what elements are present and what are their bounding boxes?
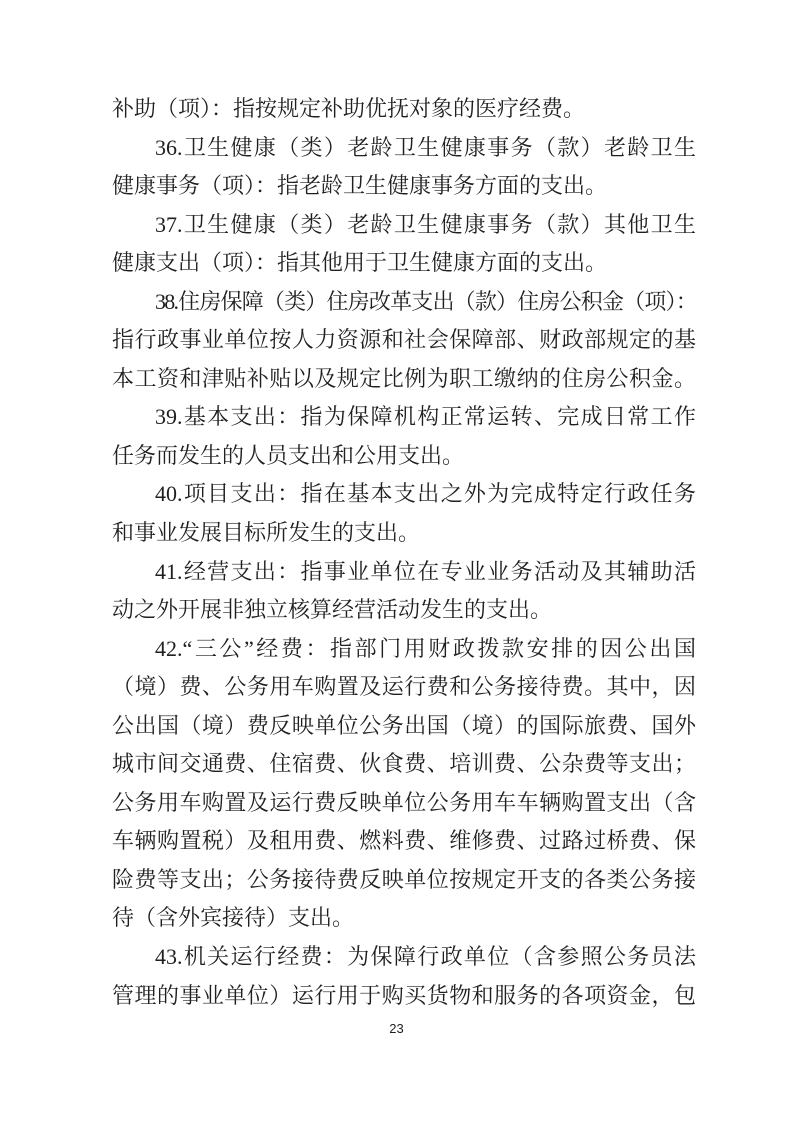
text-line: 健康支出（项）：指其他用于卫生健康方面的支出。 — [112, 244, 696, 283]
text-line: （境）费、公务用车购置及运行费和公务接待费。其中，因 — [112, 668, 696, 707]
text-line: 38.住房保障（类）住房改革支出（款）住房公积金（项）： — [112, 283, 696, 322]
page-number: 23 — [0, 1021, 793, 1036]
document-page: 补助（项）：指按规定补助优抚对象的医疗经费。 36.卫生健康（类）老龄卫生健康事… — [0, 0, 793, 1122]
text-line: 43.机关运行经费：为保障行政单位（含参照公务员法 — [112, 938, 696, 977]
text-line: 公务用车购置及运行费反映单位公务用车车辆购置支出（含 — [112, 784, 696, 823]
text-line: 补助（项）：指按规定补助优抚对象的医疗经费。 — [112, 90, 696, 129]
text-line: 42.“三公”经费：指部门用财政拨款安排的因公出国 — [112, 630, 696, 669]
text-line: 和事业发展目标所发生的支出。 — [112, 514, 696, 553]
text-line: 管理的事业单位）运行用于购买货物和服务的各项资金，包 — [112, 977, 696, 1016]
text-line: 指行政事业单位按人力资源和社会保障部、财政部规定的基 — [112, 321, 696, 360]
text-line: 公出国（境）费反映单位公务出国（境）的国际旅费、国外 — [112, 707, 696, 746]
text-line: 40.项目支出：指在基本支出之外为完成特定行政任务 — [112, 475, 696, 514]
text-line: 任务而发生的人员支出和公用支出。 — [112, 437, 696, 476]
text-line: 36.卫生健康（类）老龄卫生健康事务（款）老龄卫生 — [112, 129, 696, 168]
text-line: 健康事务（项）：指老龄卫生健康事务方面的支出。 — [112, 167, 696, 206]
text-line: 39.基本支出：指为保障机构正常运转、完成日常工作 — [112, 398, 696, 437]
text-line: 待（含外宾接待）支出。 — [112, 899, 696, 938]
text-line: 37.卫生健康（类）老龄卫生健康事务（款）其他卫生 — [112, 206, 696, 245]
text-line: 险费等支出；公务接待费反映单位按规定开支的各类公务接 — [112, 861, 696, 900]
text-line: 动之外开展非独立核算经营活动发生的支出。 — [112, 591, 696, 630]
text-line: 41.经营支出：指事业单位在专业业务活动及其辅助活 — [112, 553, 696, 592]
body-text: 补助（项）：指按规定补助优抚对象的医疗经费。 36.卫生健康（类）老龄卫生健康事… — [112, 90, 696, 1015]
text-line: 本工资和津贴补贴以及规定比例为职工缴纳的住房公积金。 — [112, 360, 696, 399]
text-line: 车辆购置税）及租用费、燃料费、维修费、过路过桥费、保 — [112, 822, 696, 861]
text-line: 城市间交通费、住宿费、伙食费、培训费、公杂费等支出； — [112, 745, 696, 784]
